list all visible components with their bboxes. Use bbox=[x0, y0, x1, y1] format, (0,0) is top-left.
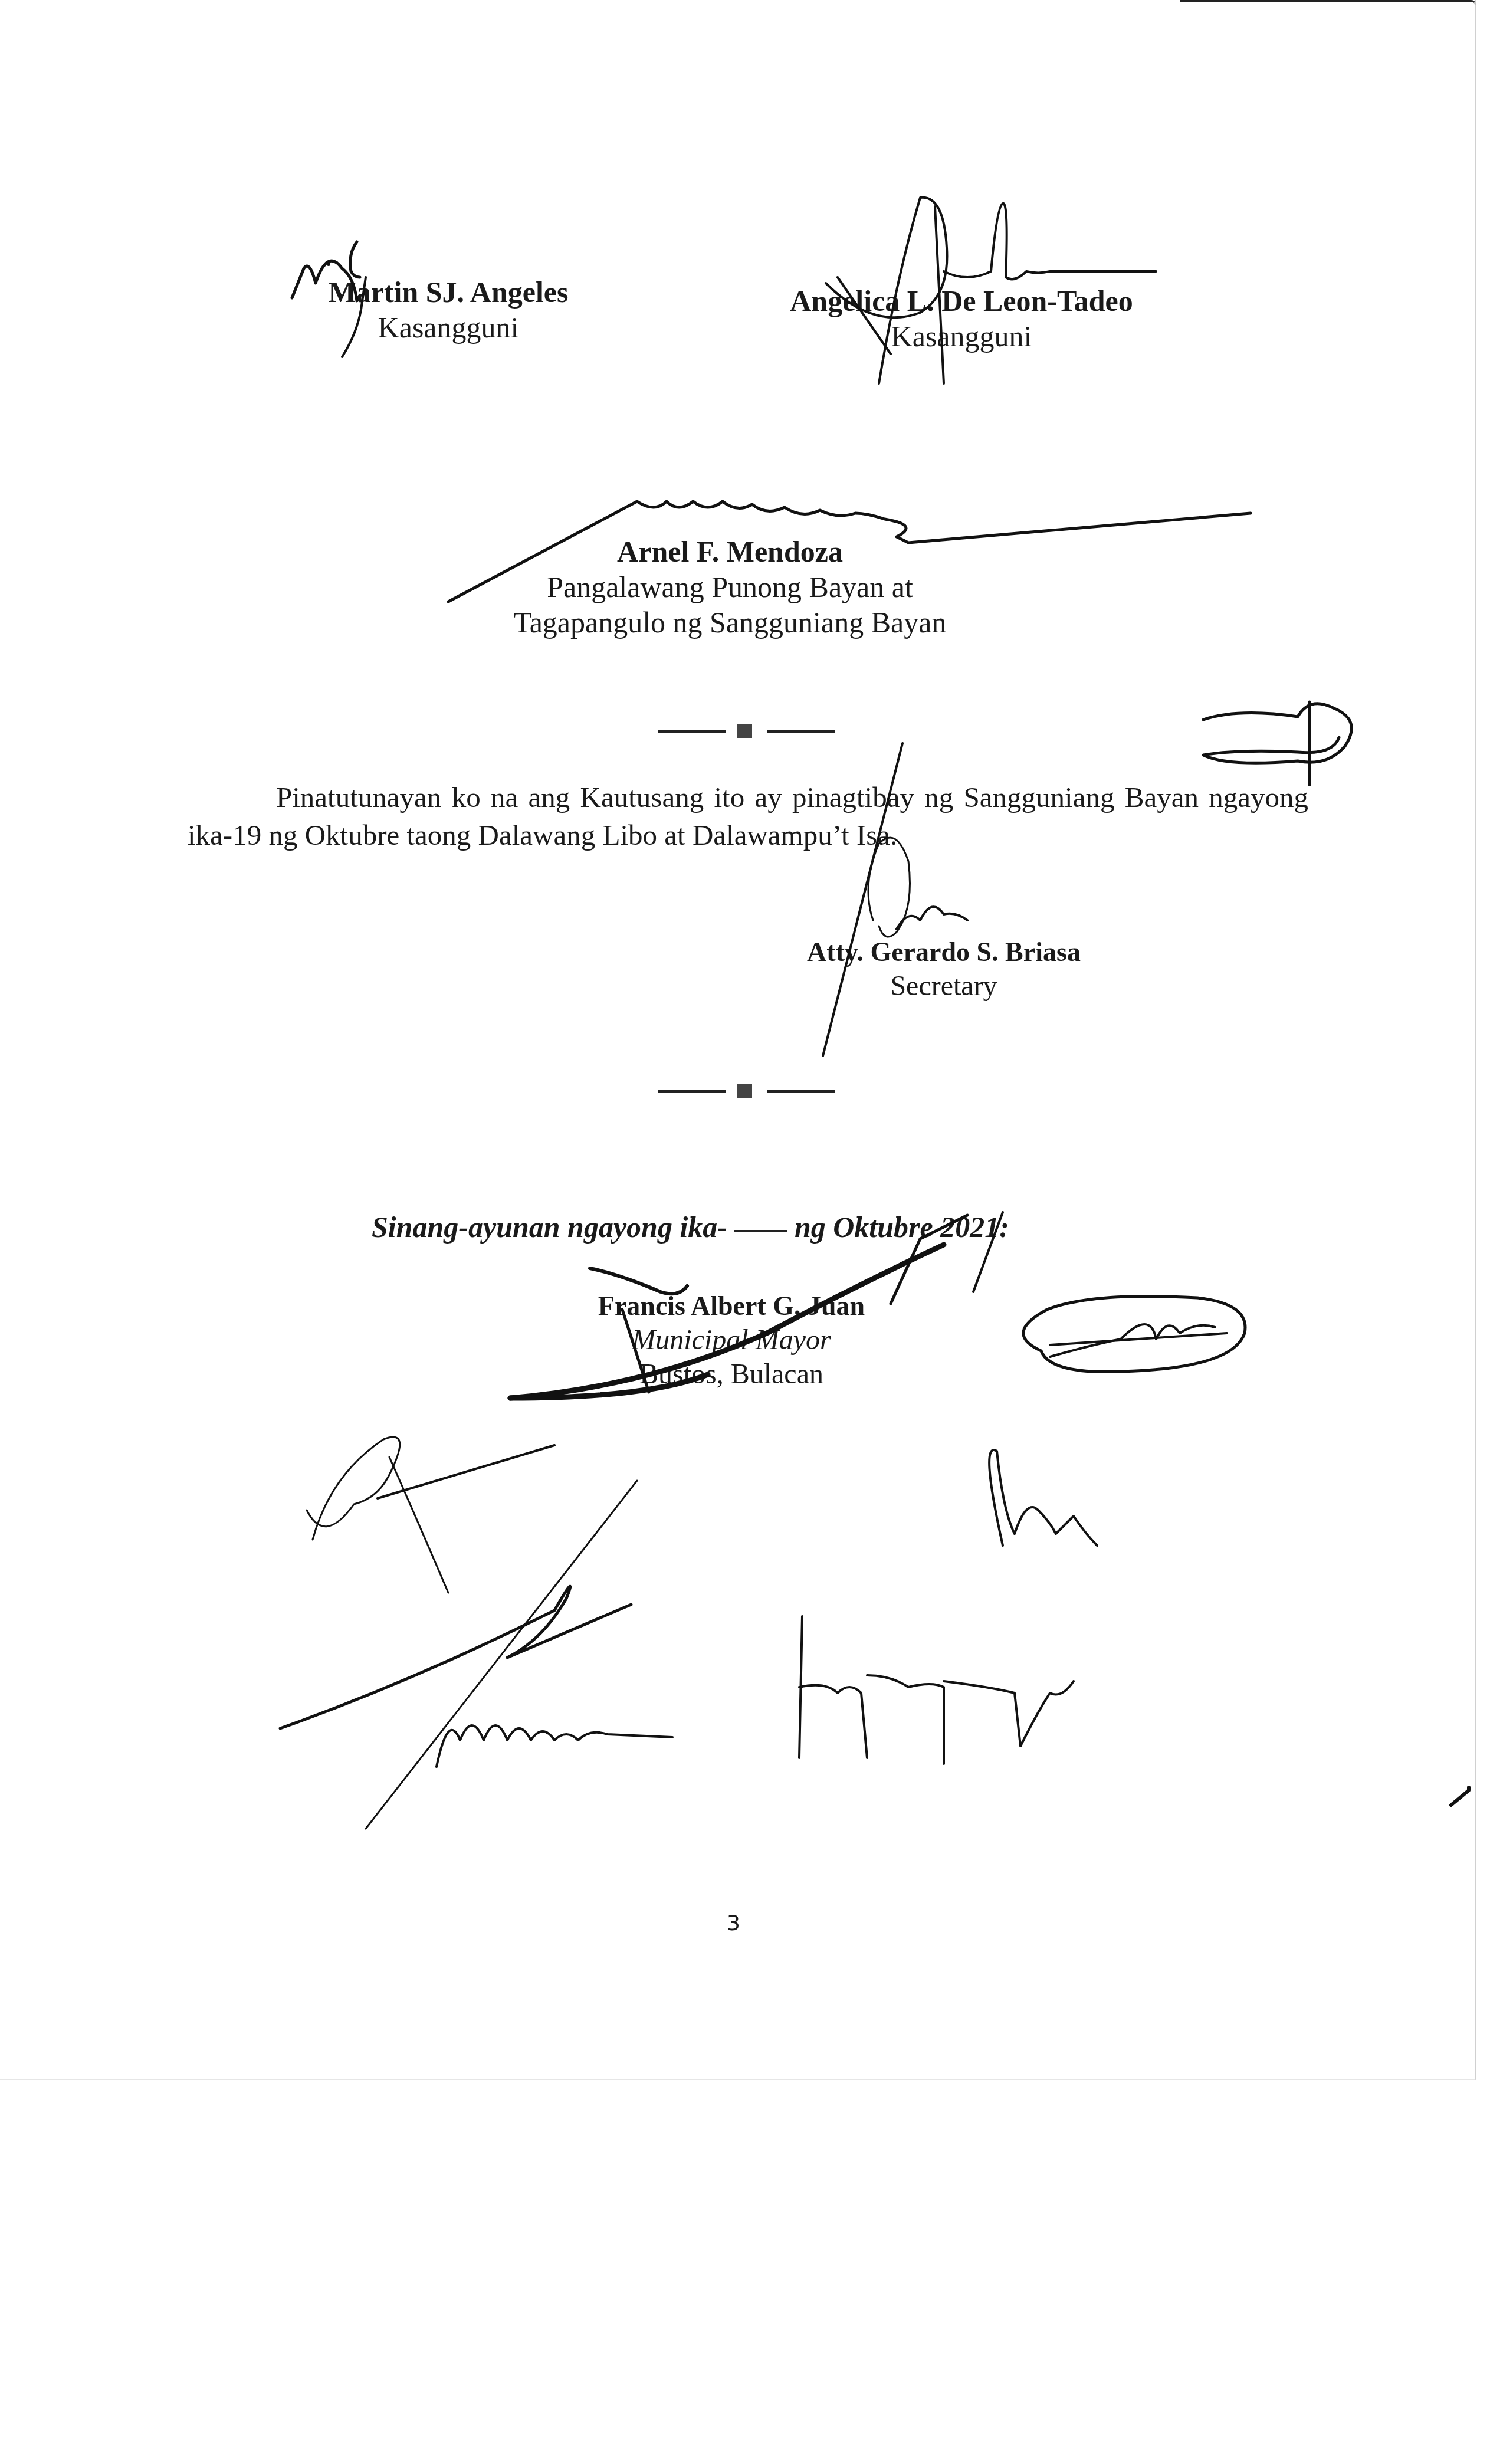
signatory-name: Angelica L. De Leon-Tadeo bbox=[737, 283, 1186, 319]
mayor-location: Bustos, Bulacan bbox=[519, 1357, 944, 1392]
approval-line: Sinang-ayunan ngayong ika-ng Oktubre 202… bbox=[372, 1209, 1009, 1245]
scan-top-edge bbox=[1180, 0, 1476, 5]
square-bullet-icon bbox=[737, 1084, 752, 1098]
secretary-block: Atty. Gerardo S. Briasa Secretary bbox=[755, 935, 1133, 1003]
approval-suffix: ng Oktubre 2021: bbox=[795, 1210, 1009, 1244]
section-separator bbox=[658, 1082, 835, 1100]
approval-prefix: Sinang-ayunan ngayong ika- bbox=[372, 1210, 727, 1244]
mayor-block: Francis Albert G. Juan Municipal Mayor B… bbox=[519, 1289, 944, 1392]
secretary-name: Atty. Gerardo S. Briasa bbox=[755, 935, 1133, 969]
signatory-block-angeles: Martin SJ. Angeles Kasangguni bbox=[283, 274, 613, 345]
secretary-title: Secretary bbox=[755, 969, 1133, 1003]
signatory-title: Kasangguni bbox=[283, 310, 613, 345]
mayor-title: Municipal Mayor bbox=[519, 1323, 944, 1357]
signatory-block-de-leon-tadeo: Angelica L. De Leon-Tadeo Kasangguni bbox=[737, 283, 1186, 354]
approval-day-blank bbox=[734, 1230, 787, 1232]
signatory-title: Kasangguni bbox=[737, 319, 1186, 354]
presiding-officer-title-2: Tagapangulo ng Sangguniang Bayan bbox=[304, 605, 1156, 640]
signatory-name: Martin SJ. Angeles bbox=[283, 274, 613, 310]
page-number: 3 bbox=[727, 1911, 740, 1935]
presiding-officer-block: Arnel F. Mendoza Pangalawang Punong Baya… bbox=[413, 534, 1156, 640]
presiding-officer-name: Arnel F. Mendoza bbox=[304, 534, 1156, 569]
presiding-officer-title-1: Pangalawang Punong Bayan at bbox=[304, 569, 1156, 605]
section-separator bbox=[658, 723, 835, 740]
certification-text: Pinatutunayan ko na ang Kautusang ito ay… bbox=[188, 781, 1308, 851]
mayor-name: Francis Albert G. Juan bbox=[519, 1289, 944, 1323]
certification-paragraph: Pinatutunayan ko na ang Kautusang ito ay… bbox=[188, 779, 1308, 854]
square-bullet-icon bbox=[737, 724, 752, 738]
